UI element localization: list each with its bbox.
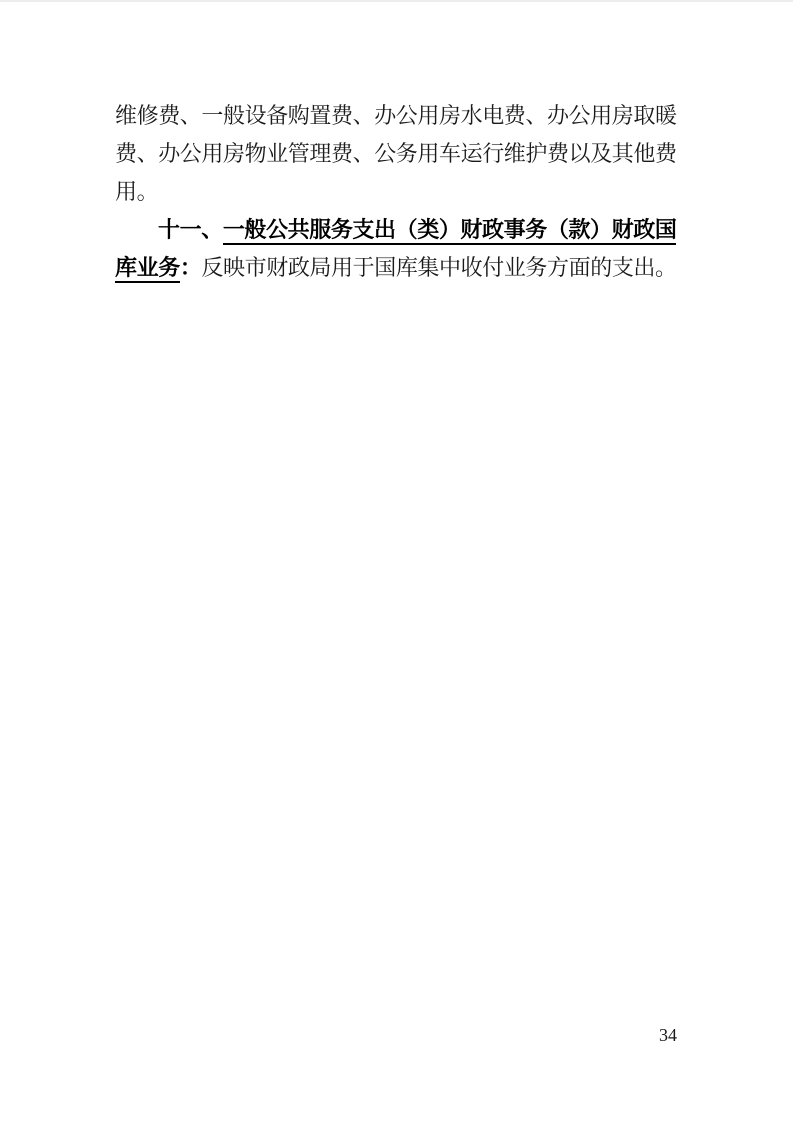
section-title-colon: ：	[180, 255, 202, 280]
section-description: 反映市财政局用于国库集中收付业务方面的支出。	[201, 255, 676, 280]
page-content: 维修费、一般设备购置费、办公用房水电费、办公用房取暖 费、办公用房物业管理费、公…	[115, 97, 679, 287]
body-text-line: 用。	[115, 173, 679, 211]
section-number-prefix: 十一、	[158, 217, 223, 242]
body-text-line: 维修费、一般设备购置费、办公用房水电费、办公用房取暖	[115, 97, 679, 135]
section-title-underlined-part1: 一般公共服务支出（类）财政事务（款）财政国	[223, 217, 677, 245]
body-text-line: 费、办公用房物业管理费、公务用车运行维护费以及其他费	[115, 135, 679, 173]
page-number: 34	[659, 1024, 677, 1046]
document-page: 维修费、一般设备购置费、办公用房水电费、办公用房取暖 费、办公用房物业管理费、公…	[0, 0, 793, 1122]
section-title-underlined-part2: 库业务	[115, 255, 180, 283]
section-heading-line-2: 库业务：反映市财政局用于国库集中收付业务方面的支出。	[115, 249, 679, 287]
section-heading-line-1: 十一、一般公共服务支出（类）财政事务（款）财政国	[115, 211, 679, 249]
